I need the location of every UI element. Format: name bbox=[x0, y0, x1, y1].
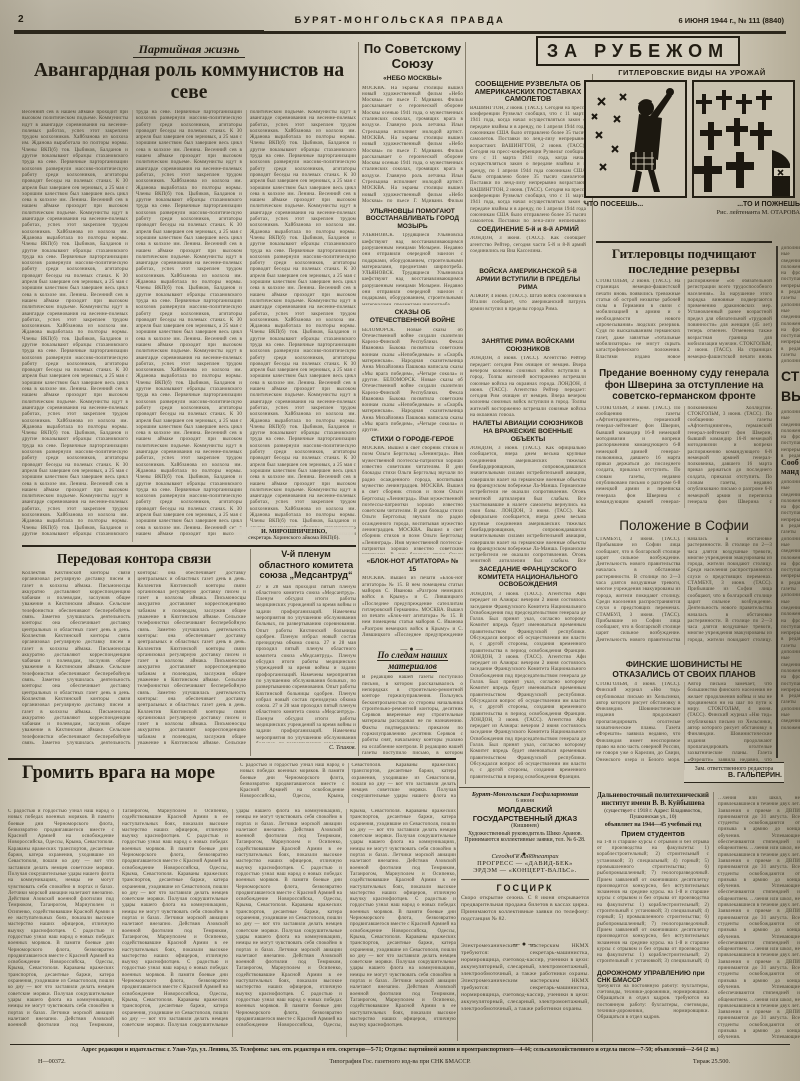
phil-sub: (Кишинев) bbox=[461, 823, 589, 829]
divider-dot-2 bbox=[461, 843, 589, 853]
imprint-center: Типография Гос. газетного изд-ва при СНК… bbox=[10, 1058, 790, 1065]
col-rule-2 bbox=[358, 42, 359, 756]
cartoon-bottom-rule bbox=[596, 241, 772, 243]
edge-text-bottom: дополнительные сведения о положении на ф… bbox=[781, 480, 800, 730]
subhead-nebo-moskvy: «НЕБО МОСКВЫ» bbox=[364, 75, 461, 83]
article-post-office: Передовая контора связи Коллектив Кяхтин… bbox=[22, 551, 246, 755]
subhead-voyska: ВОЙСКА АМЕРИКАНСКОЙ 5-й АРМИИ ВСТУПИЛИ В… bbox=[472, 268, 584, 291]
institute-ad: Дальневосточный политехнический институт… bbox=[597, 792, 709, 1040]
body-stihi: МОСКВА. Вышел в свет сборник стихов и по… bbox=[362, 446, 463, 554]
subhead-roosevelt: СООБЩЕНИЕ РУЗВЕЛЬТА ОБ АМЕРИКАНСКИХ ПОСТ… bbox=[472, 80, 584, 103]
circus-head: ГОСЦИРК bbox=[461, 879, 589, 893]
newspaper-page: 2 БУРЯТ-МОНГОЛЬСКАЯ ПРАВДА 6 ИЮНЯ 1944 г… bbox=[0, 0, 800, 1081]
cartoon-panel-graves bbox=[692, 80, 795, 198]
divider-dot-3 bbox=[461, 933, 589, 943]
body-nalety: ЛОНДОН, 3 июня. (ТАСС). Как официально с… bbox=[470, 446, 586, 562]
edge-fragment-2: ВЫ bbox=[781, 386, 800, 406]
phil-date: 6 июня bbox=[461, 798, 589, 804]
navy-top-rule bbox=[8, 758, 456, 760]
cartoon-title: ГИТЛЕРОВСКИЕ ВИДЫ НА УРОЖАЙ bbox=[584, 68, 800, 77]
headline-shverin: Предание военному суду генерала фон Швер… bbox=[596, 368, 772, 403]
subhead-ulyanovtsy: УЛЬЯНОВЦЫ ПОМОГАЮТ ВОССТАНАВЛИВАТЬ ГОРОД… bbox=[364, 208, 461, 231]
institute-body: на 1-й и старшие курсы с отрывом и без о… bbox=[597, 840, 709, 966]
institute-announce: объявляет на 1944—45 учебный год bbox=[597, 822, 709, 828]
footer-rule-top bbox=[10, 1044, 790, 1045]
col-rule-ads bbox=[713, 792, 714, 1040]
body-nebo-moskvy: МОСКВА. На экраны столицы вышел новый ху… bbox=[362, 86, 463, 204]
header-soviet-union: По Советскому Союзу bbox=[362, 42, 463, 71]
article-sofia: Положение в Софии СТАМБУЛ, 3 июня. (ТАСС… bbox=[596, 518, 772, 645]
article-finns: ФИНСКИЕ ШОВИНИСТЫ НЕ ОТКАЗАЛИСЬ ОТ СВОИХ… bbox=[596, 660, 772, 770]
imprint-right: Тираж 25.500. bbox=[693, 1058, 730, 1065]
body-rim: ЛОНДОН, 4 июня. (ТАСС). Агентство Рейтер… bbox=[470, 356, 586, 416]
editor-name: В. ГАЛЬПЕРИН. bbox=[686, 772, 782, 779]
caption-right: ...ТО И ПОЖНЕШЬ bbox=[737, 201, 800, 208]
col-rule-3 bbox=[465, 42, 466, 784]
signature-medsantrud: С. Тешков. bbox=[256, 745, 356, 751]
subhead-nalety: НАЛЕТЫ АВИАЦИИ СОЮЗНИКОВ НА ВРАЖЕСКИЕ ВО… bbox=[472, 420, 584, 443]
masthead-rule-heavy bbox=[14, 30, 264, 34]
header-za-rubezhom: ЗА РУБЕЖОМ bbox=[536, 36, 740, 66]
subhead-zasedanie: ЗАСЕДАНИЕ ФРАНЦУЗСКОГО КОМИТЕТА НАЦИОНАЛ… bbox=[472, 566, 584, 589]
headline-medsantrud: V-й пленум областного комитета союза „Ме… bbox=[256, 549, 356, 581]
edge-column: дополнительные сведения о положении на ф… bbox=[781, 246, 800, 758]
body-avangard: Весенний сев в нашем аймаке проходит при… bbox=[22, 110, 356, 542]
cartoon-panel-sower bbox=[584, 80, 687, 198]
newspaper-title: БУРЯТ-МОНГОЛЬСКАЯ ПРАВДА bbox=[14, 15, 786, 26]
headline-post-office: Передовая контора связи bbox=[22, 551, 246, 567]
road-ad-body: требуются на постоянную работу: бухгалте… bbox=[597, 984, 709, 1024]
body-bloknot: МОСКВА. Вышел из печати «Блок-нот агитат… bbox=[362, 576, 463, 638]
cartoon-credit: Рис. лейтенанта М. ОТАРОВА bbox=[584, 209, 800, 216]
caption-left: ЧТО ПОСЕЕШЬ... bbox=[584, 201, 643, 208]
institute-sub: (существует с 1918 г. Адрес: Владивосток… bbox=[597, 808, 709, 821]
signature-role: секретарь Хоринского айкома ВКП(б). bbox=[248, 535, 340, 541]
body-voyska: АЛЖИР, 4 июня. (ТАСС). Штаб войск союзни… bbox=[470, 294, 586, 334]
cartoon-captions: ЧТО ПОСЕЕШЬ... ...ТО И ПОЖНЕШЬ bbox=[584, 201, 800, 208]
issue-date: 6 ИЮНЯ 1944 г., № 111 (8840) bbox=[678, 16, 784, 25]
body-navy-lede: С радостью и гордостью узнал наш народ о… bbox=[240, 763, 456, 803]
subhead-rim: ЗАНЯТИЕ РИМА ВОЙСКАМИ СОЮЗНИКОВ bbox=[472, 338, 584, 353]
article-hitlerites: Гитлеровцы подчищают последние резервы С… bbox=[596, 246, 772, 361]
institute-head: Дальневосточный политехнический институт… bbox=[597, 792, 709, 808]
headline-finns: ФИНСКИЕ ШОВИНИСТЫ НЕ ОТКАЗАЛИСЬ ОТ СВОИХ… bbox=[596, 660, 772, 679]
footer-address: Адрес редакции и издательства: г. Улан-У… bbox=[10, 1047, 790, 1053]
column-soviet-union: По Советскому Союзу «НЕБО МОСКВЫ» МОСКВА… bbox=[362, 42, 463, 756]
body-shverin: СТОКГОЛЬМ, 3 июня. (ТАСС). По сообщению … bbox=[596, 406, 772, 508]
article-party-life: Партийная жизнь Авангардная роль коммуни… bbox=[22, 42, 356, 542]
masthead: 2 БУРЯТ-МОНГОЛЬСКАЯ ПРАВДА 6 ИЮНЯ 1944 г… bbox=[14, 12, 786, 30]
road-ad-head: ДОРОЖНОМУ УПРАВЛЕНИЮ при СНК БМАССР bbox=[597, 970, 709, 984]
ads-top-rule bbox=[459, 787, 590, 788]
divider-dot-1 bbox=[362, 638, 463, 648]
kicker-text: Партийная жизнь bbox=[133, 42, 246, 58]
article-shverin: Предание военному суду генерала фон Швер… bbox=[596, 368, 772, 508]
subhead-bloknot: «БЛОК-НОТ АГИТАТОРА» № 15 bbox=[364, 558, 461, 573]
body-finns: СТОКГОЛЬМ, 4 июня. (ТАСС). Финский журна… bbox=[596, 682, 772, 770]
edge-text-mid: дополнительные сведения о положении на ф… bbox=[781, 410, 800, 458]
circus-body: Скоро открытие сезона. С 8 июня открывае… bbox=[461, 895, 589, 933]
subhead-soedinenie: СОЕДИНЕНИЕ 5-й и 8-й АРМИЙ bbox=[472, 226, 584, 234]
edge-fragment-3: Сооб bbox=[781, 458, 800, 467]
body-hitlerites: СТОКГОЛЬМ, 2 июня. (ТАСС). На страницах … bbox=[596, 279, 772, 361]
edge-text-top: дополнительные сведения о положении на ф… bbox=[781, 246, 800, 366]
headline-hitlerites: Гитлеровцы подчищают последние резервы bbox=[596, 246, 772, 276]
followup-title: По следам наших материалов bbox=[377, 650, 447, 672]
phil-head: МОЛДАВСКИЙ ГОСУДАРСТВЕННЫЙ ДЖАЗ bbox=[461, 805, 589, 823]
phil-org: Бурят-Монгольская Госфилармония bbox=[461, 791, 589, 798]
article-navy: Громить врага на море С радостью и гордо… bbox=[8, 763, 456, 1039]
headline-navy: Громить врага на море bbox=[8, 763, 240, 784]
cartoon-block: ГИТЛЕРОВСКИЕ ВИДЫ НА УРОЖАЙ bbox=[584, 68, 800, 238]
institute-admission: Прием студентов bbox=[597, 829, 709, 838]
column-tass: СООБЩЕНИЕ РУЗВЕЛЬТА ОБ АМЕРИКАНСКИХ ПОСТ… bbox=[470, 76, 586, 784]
edge-rule bbox=[776, 246, 778, 758]
institute-ad-continuation: …чения или школ, не привлекавшиеся в теч… bbox=[718, 796, 800, 1040]
body-medsantrud: 27 и 28 мая проходил пятый пленум област… bbox=[256, 585, 356, 743]
body-followup: В редакцию нашей газеты поступило письмо… bbox=[362, 675, 463, 756]
body-navy: С радостью и гордостью узнал наш народ о… bbox=[8, 809, 456, 1037]
body-roosevelt: ВАШИНГТОН, 2 июня. (ТАСС). Сегодня на пр… bbox=[470, 106, 586, 222]
workshop-ad: Электромеханическим мастерским НКМХ треб… bbox=[461, 943, 589, 1021]
col-rule-4 bbox=[457, 763, 458, 1041]
headline-avangard: Авангардная роль коммунистов на севе bbox=[22, 60, 356, 104]
kicker-party-life: Партийная жизнь bbox=[22, 42, 356, 57]
signature-name: И. МИРОШНИЧЕНКО, bbox=[261, 529, 327, 535]
body-zasedanie: ЛОНДОН, 3 июня. (ТАСС). Агентство Афи пе… bbox=[470, 592, 586, 784]
body-sofia: СТАМБУЛ, 3 июня. (ТАСС). Прибывшие из Со… bbox=[596, 537, 772, 645]
subhead-stihi: СТИХИ О ГОРОДЕ-ГЕРОЕ bbox=[364, 436, 461, 444]
body-skazy: БЕЛОМОРСК. Новые сказы об Отечественной … bbox=[362, 328, 463, 432]
body-ulyanovtsy: УЛЬЯНОВСК. Трудящиеся Ульяновска шефству… bbox=[362, 233, 463, 305]
body-soedinenie: ЛОНДОН, 3 июня. (ТАСС). Как сообщает аге… bbox=[470, 236, 586, 264]
article-medsantrud: V-й пленум областного комитета союза „Ме… bbox=[256, 549, 356, 756]
edge-fragment-4: манд bbox=[781, 467, 800, 476]
subhead-skazy: СКАЗЫ ОБ ОТЕЧЕСТВЕННОЙ ВОЙНЕ bbox=[364, 309, 461, 324]
section-rule-left bbox=[22, 545, 356, 547]
editor-box: Зам. ответственного редактора В. ГАЛЬПЕР… bbox=[684, 762, 784, 783]
col-rule-1 bbox=[250, 549, 251, 756]
header-followup: По следам наших материалов bbox=[362, 650, 463, 672]
edge-fragment-1: СТ bbox=[781, 366, 800, 386]
cinema-line1: ПРОГРЕСС — «ДАВИД-БЕК» bbox=[461, 860, 589, 867]
signature-avangard: И. МИРОШНИЧЕНКО, секретарь Хоринского ай… bbox=[234, 527, 354, 542]
ads-center-column: Бурят-Монгольская Госфилармония 6 июня М… bbox=[461, 791, 589, 1041]
cinema-line2: ЭРДЭМ — «КОНЦЕРТ-ВАЛЬС». bbox=[461, 867, 589, 874]
headline-sofia: Положение в Софии bbox=[596, 518, 772, 533]
body-post-office: Коллектив Кяхтинской конторы связи орган… bbox=[22, 571, 246, 749]
